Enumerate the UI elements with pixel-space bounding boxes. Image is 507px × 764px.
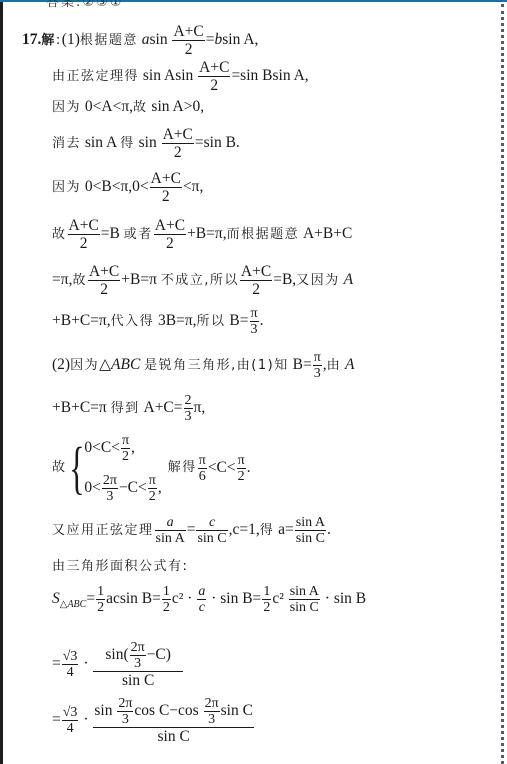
text: 因为 <box>70 358 99 373</box>
fraction: sin Asin C <box>295 515 326 546</box>
math: <π, <box>183 178 203 195</box>
fraction: 12 <box>262 584 271 615</box>
numerator: π <box>148 473 157 489</box>
solution-line-7: =π,故A+C2+B=π 不成立,所以A+C2=B,又因为 A <box>52 263 353 298</box>
denominator: 2 <box>150 188 182 205</box>
fraction: π2 <box>121 433 130 464</box>
part2-label: (2) <box>52 356 70 373</box>
math: c² <box>272 590 287 607</box>
math: 0< <box>84 478 101 498</box>
math: B= <box>229 312 248 329</box>
numerator: √3 <box>62 649 79 665</box>
denominator: c <box>197 600 206 615</box>
system-row-2: 0<2π3−C<π2, <box>84 468 161 508</box>
math: = <box>86 590 95 607</box>
math: · sin B= <box>207 590 261 607</box>
math: +B+C=π <box>52 399 107 416</box>
solution-line-15: =√34 · sin(2π3−C) sin C <box>52 640 184 689</box>
numerator: 2π <box>117 696 133 712</box>
solution-line-10: +B+C=π 得到 A+C=23π, <box>52 393 205 424</box>
solution-line-16: =√34 · sin 2π3cos C−cos 2π3sin C sin C <box>52 696 255 745</box>
solution-line-9: (2)因为△ABC 是锐角三角形,由(1)知 B=π3,由 A <box>52 350 355 381</box>
math: . <box>260 312 264 329</box>
fraction: 2π3 <box>102 473 118 504</box>
numerator: c <box>196 515 227 531</box>
fraction: asin A <box>155 515 186 546</box>
math: A <box>344 271 353 288</box>
numerator: A+C <box>172 23 204 41</box>
math: · <box>79 655 92 672</box>
dotted-margin-line <box>501 4 504 764</box>
part1-label: (1) <box>62 31 80 48</box>
numerator: 2π <box>102 473 118 489</box>
denominator: 3 <box>184 409 193 424</box>
numerator: sin 2π3cos C−cos 2π3sin C <box>93 696 254 728</box>
denominator: 2 <box>240 281 272 298</box>
solution-line-13: 由三角形面积公式有: <box>52 556 188 577</box>
text: 得 <box>260 523 275 538</box>
numerator: A+C <box>198 59 230 77</box>
numerator: 2 <box>184 393 193 409</box>
fraction: A+C2 <box>88 263 120 298</box>
text: 而根据题意 <box>227 227 300 242</box>
math: 0<C< <box>84 438 120 458</box>
fraction: A+C2 <box>198 59 230 94</box>
denominator: 3 <box>250 322 259 337</box>
text: 是锐角三角形,由(1)知 <box>144 358 289 373</box>
numerator: π <box>250 306 259 322</box>
fraction: sin Asin C <box>289 584 320 615</box>
math: = <box>187 521 196 538</box>
denominator: 2 <box>88 281 120 298</box>
denominator: sin C <box>196 531 227 546</box>
fraction: A+C2 <box>154 217 186 252</box>
math: · <box>79 711 92 728</box>
text: 故 <box>52 458 67 478</box>
math: =π, <box>52 271 72 288</box>
solution-line-4: 消去 sin A 得 sin A+C2=sin B. <box>52 126 240 161</box>
math: A <box>345 356 354 373</box>
math: sin( <box>105 646 128 663</box>
math: sin <box>150 31 168 48</box>
math: △ABC <box>99 356 140 373</box>
text: 由 <box>327 358 342 373</box>
cut-off-answer-line: 答案:②③① <box>46 0 123 10</box>
denominator: 2 <box>148 489 157 504</box>
math: S <box>52 590 60 607</box>
numerator: π <box>237 453 246 469</box>
solution-line-2: 由正弦定理得 sin Asin A+C2=sin Bsin A, <box>52 59 309 94</box>
solution-line-3: 因为 0<A<π,故 sin A>0, <box>52 97 204 118</box>
subscript: △ABC <box>60 599 87 610</box>
math: cos C−cos <box>134 702 202 719</box>
numerator: π <box>313 350 322 366</box>
math: a <box>142 31 150 48</box>
solution-line-12: 又应用正弦定理asin A=csin C,c=1,得 a=sin Asin C. <box>52 515 331 546</box>
math: A+B+C <box>303 225 352 242</box>
fraction: √34 <box>62 705 79 736</box>
fraction: A+C2 <box>150 170 182 205</box>
fraction: π2 <box>148 473 157 504</box>
denominator: 3 <box>130 656 146 671</box>
math: . <box>327 521 331 538</box>
numerator: A+C <box>88 263 120 281</box>
math: 3B=π, <box>158 312 197 329</box>
math: , <box>131 438 135 458</box>
denominator: 2 <box>198 77 230 94</box>
text: 代入得 <box>111 314 155 329</box>
math: . <box>247 458 251 478</box>
math: sin A <box>85 134 116 151</box>
math: = <box>206 31 215 48</box>
text: 或者 <box>124 227 153 242</box>
math: sin A, <box>222 31 258 48</box>
denominator: 4 <box>62 721 79 736</box>
denominator: 2 <box>162 144 194 161</box>
fraction: 2π3 <box>117 696 133 727</box>
fraction: sin 2π3cos C−cos 2π3sin C sin C <box>93 696 254 745</box>
fraction: 2π3 <box>204 696 220 727</box>
denominator: sin A <box>155 531 186 546</box>
text: 解得 <box>168 458 197 478</box>
numerator: 2π <box>130 640 146 656</box>
math: = <box>52 655 61 672</box>
fraction: √34 <box>62 649 79 680</box>
left-border <box>0 0 3 764</box>
solution-line-1: 17.解:(1)根据题意 asin A+C2=bsin A, <box>22 23 258 58</box>
denominator: 3 <box>313 366 322 381</box>
solution-line-5: 因为 0<B<π,0<A+C2<π, <box>52 170 203 205</box>
fraction: A+C2 <box>172 23 204 58</box>
text: 故 <box>52 227 67 242</box>
denominator: 3 <box>117 712 133 727</box>
denominator: sin C <box>93 728 254 745</box>
math: +B=π <box>121 271 157 288</box>
fraction: π3 <box>313 350 322 381</box>
numerator: A+C <box>68 217 100 235</box>
math: −C< <box>119 478 147 498</box>
text: 因为 <box>52 100 81 115</box>
fraction: ac <box>197 584 206 615</box>
denominator: 4 <box>62 665 79 680</box>
left-brace-icon: { <box>69 439 84 497</box>
denominator: 2 <box>172 41 204 58</box>
system-row-1: 0<C<π2, <box>84 428 161 468</box>
fraction: 23 <box>184 393 193 424</box>
inequality-system: 0<C<π2, 0<2π3−C<π2, <box>84 428 161 508</box>
denominator: 2 <box>96 600 105 615</box>
denominator: 2 <box>237 469 246 484</box>
text: 故 <box>133 100 148 115</box>
fraction: A+C2 <box>162 126 194 161</box>
math: , <box>158 478 162 498</box>
math: +B+C=π, <box>52 312 111 329</box>
math: ,c=1, <box>229 521 260 538</box>
numerator: π <box>198 453 207 469</box>
solution-line-6: 故A+C2=B 或者A+C2+B=π,而根据题意 A+B+C <box>52 217 352 252</box>
math: =sin B. <box>195 134 240 151</box>
text: 得 <box>120 136 135 151</box>
solution-line-11: 故 { 0<C<π2, 0<2π3−C<π2, 解得π6<C<π2. <box>52 428 251 508</box>
math: A+C= <box>144 399 183 416</box>
math: =B, <box>273 271 296 288</box>
problem-number: 17. <box>22 31 41 48</box>
math: sin <box>139 134 157 151</box>
text: 根据题意 <box>80 33 138 48</box>
numerator: A+C <box>240 263 272 281</box>
numerator: sin A <box>289 584 320 600</box>
text: 不成立,所以 <box>161 273 239 288</box>
denominator: 6 <box>198 469 207 484</box>
numerator: A+C <box>162 126 194 144</box>
text: 所以 <box>197 314 226 329</box>
numerator: 1 <box>262 584 271 600</box>
denominator: 2 <box>68 235 100 252</box>
math: a= <box>278 521 294 538</box>
math: 0<A<π, <box>85 98 133 115</box>
math: 0<B<π,0< <box>85 178 149 195</box>
math: B= <box>293 356 312 373</box>
math: +B=π, <box>187 225 227 242</box>
math: c² · <box>172 590 196 607</box>
fraction: sin(2π3−C) sin C <box>93 640 183 689</box>
math: sin A>0, <box>151 98 204 115</box>
math: −C) <box>147 646 171 663</box>
text: 由正弦定理得 <box>52 69 139 84</box>
fraction: csin C <box>196 515 227 546</box>
denominator: 2 <box>262 600 271 615</box>
denominator: 3 <box>204 712 220 727</box>
numerator: a <box>155 515 186 531</box>
numerator: 2π <box>204 696 220 712</box>
math: π, <box>194 399 206 416</box>
numerator: 1 <box>162 584 171 600</box>
denominator: sin C <box>289 600 320 615</box>
text: 得到 <box>111 401 140 416</box>
numerator: sin A <box>295 515 326 531</box>
text: 由三角形面积公式有: <box>52 559 188 574</box>
text: 又应用正弦定理 <box>52 523 154 538</box>
numerator: A+C <box>150 170 182 188</box>
numerator: sin(2π3−C) <box>93 640 183 672</box>
solution-line-14: S△ABC=12acsin B=12c² · ac · sin B=12c² s… <box>52 584 366 615</box>
denominator: sin C <box>295 531 326 546</box>
math: sin C <box>221 702 253 719</box>
solution-line-8: +B+C=π,代入得 3B=π,所以 B=π3. <box>52 306 263 337</box>
numerator: π <box>121 433 130 449</box>
math: sin Asin <box>143 67 193 84</box>
denominator: 2 <box>154 235 186 252</box>
fraction: A+C2 <box>240 263 272 298</box>
denominator: 2 <box>162 600 171 615</box>
denominator: 3 <box>102 489 118 504</box>
numerator: √3 <box>62 705 79 721</box>
solve-label: 解 <box>41 33 56 48</box>
math: = <box>52 711 61 728</box>
text: 因为 <box>52 180 81 195</box>
numerator: a <box>197 584 206 600</box>
numerator: 1 <box>96 584 105 600</box>
math: =B <box>101 225 120 242</box>
text: 又因为 <box>296 273 340 288</box>
fraction: 12 <box>96 584 105 615</box>
math: · sin B <box>321 590 366 607</box>
math: <C< <box>208 458 236 478</box>
fraction: π3 <box>250 306 259 337</box>
math: =sin Bsin A, <box>231 67 308 84</box>
text: 故 <box>72 273 87 288</box>
numerator: A+C <box>154 217 186 235</box>
fraction: 2π3 <box>130 640 146 671</box>
fraction: A+C2 <box>68 217 100 252</box>
fraction: π2 <box>237 453 246 484</box>
denominator: sin C <box>93 672 183 689</box>
denominator: 2 <box>121 449 130 464</box>
math: acsin B= <box>106 590 161 607</box>
fraction: π6 <box>198 453 207 484</box>
text: 消去 <box>52 136 81 151</box>
fraction: 12 <box>162 584 171 615</box>
math: sin <box>94 702 116 719</box>
